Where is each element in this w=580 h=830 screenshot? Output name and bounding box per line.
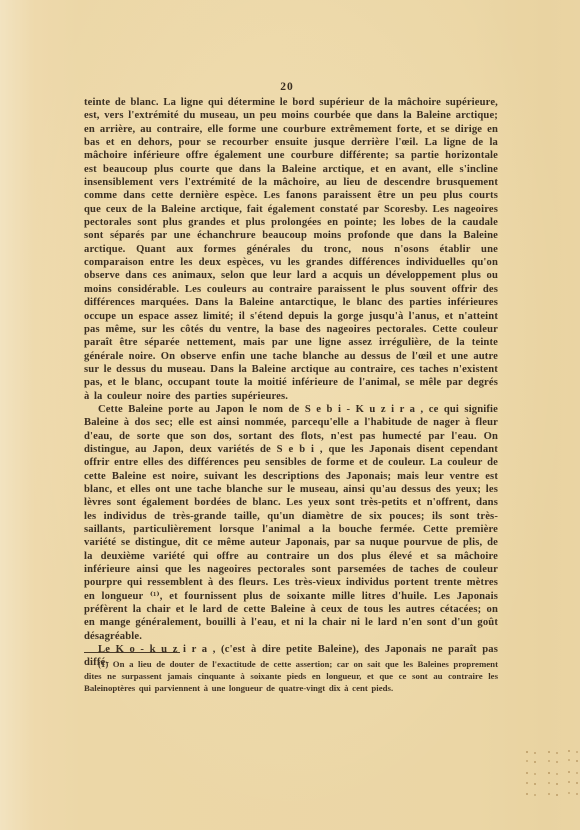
footnote-separator-rule [84, 652, 180, 653]
scan-artifact-dots [526, 751, 528, 753]
book-page: 20 teinte de blanc. La ligne qui détermi… [0, 0, 580, 830]
paragraph-sebi-kuzira: Cette Baleine porte au Japon le nom de S… [84, 403, 498, 643]
paragraph-continuation: teinte de blanc. La ligne qui détermine … [84, 96, 498, 403]
footnote-text: (1) On a lieu de douter de l'exactitude … [84, 659, 498, 695]
page-number: 20 [84, 81, 490, 93]
main-text-block: teinte de blanc. La ligne qui détermine … [84, 96, 498, 670]
footnote-block: (1) On a lieu de douter de l'exactitude … [84, 659, 498, 695]
